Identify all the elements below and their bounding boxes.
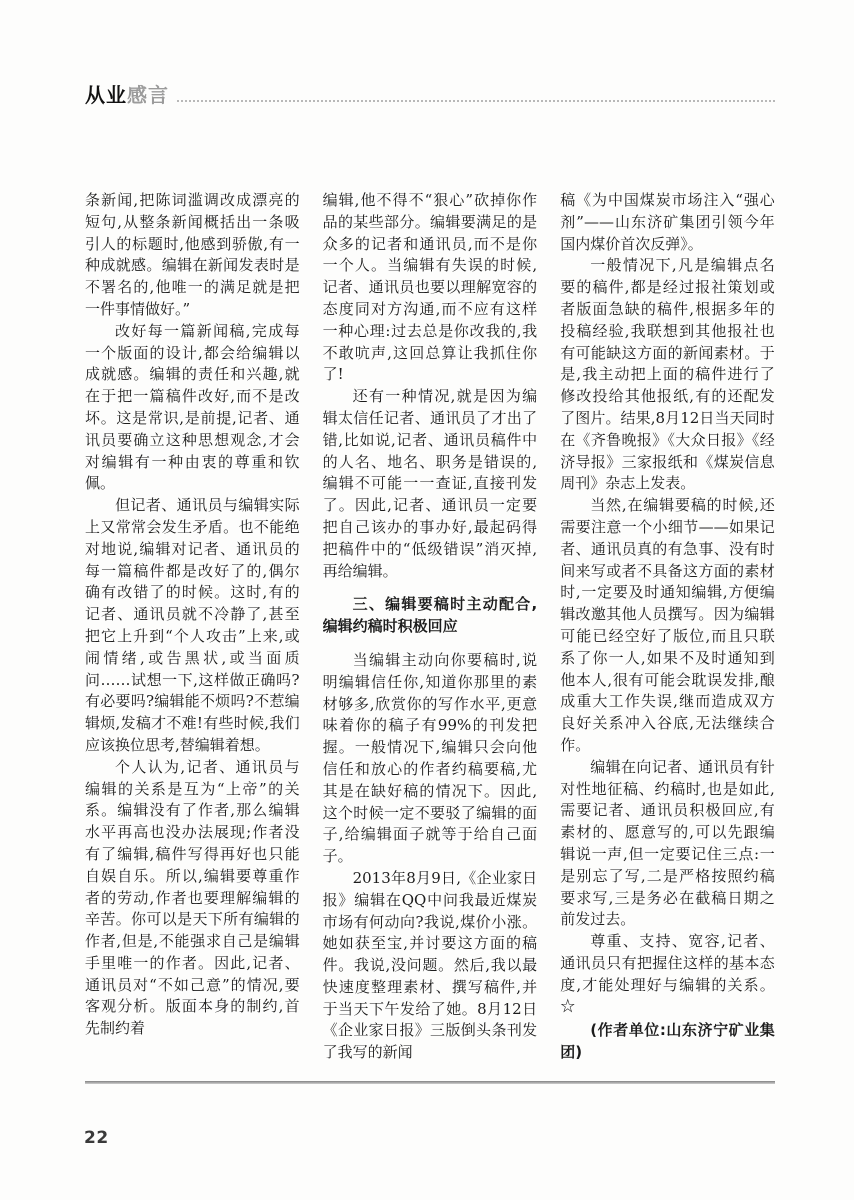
magazine-page: 从业 感言 条新闻,把陈词滥调改成漂亮的短句,从整条新闻概括出一条吸引人的标题时…: [0, 0, 854, 1200]
page-header: 从业 感言: [85, 84, 775, 106]
paragraph: 稿《为中国煤炭市场注入“强心剂”——山东济矿集团引领今年国内煤价首次反弹》。: [560, 190, 775, 255]
section-heading: 三、编辑要稿时主动配合,编辑约稿时积极回应: [323, 594, 538, 638]
dotted-rule: [177, 100, 775, 102]
paragraph: 还有一种情况,就是因为编辑太信任记者、通讯员了才出了错,比如说,记者、通讯员稿件…: [323, 386, 538, 582]
paragraph: 一般情况下,凡是编辑点名要的稿件,都是经过报社策划或者版面急缺的稿件,根据多年的…: [560, 255, 775, 495]
paragraph: 条新闻,把陈词滥调改成漂亮的短句,从整条新闻概括出一条吸引人的标题时,他感到骄傲…: [85, 190, 300, 321]
article-columns: 条新闻,把陈词滥调改成漂亮的短句,从整条新闻概括出一条吸引人的标题时,他感到骄傲…: [85, 190, 775, 1068]
section-title-light: 感言: [127, 84, 169, 106]
column-2: 编辑,他不得不“狠心”砍掉你作品的某些部分。编辑要满足的是众多的记者和通讯员,而…: [323, 190, 538, 1068]
column-3: 稿《为中国煤炭市场注入“强心剂”——山东济矿集团引领今年国内煤价首次反弹》。 一…: [560, 190, 775, 1068]
paragraph: 个人认为,记者、通讯员与编辑的关系是互为“上帝”的关系。编辑没有了作者,那么编辑…: [85, 757, 300, 1040]
paragraph: 但记者、通讯员与编辑实际上又常常会发生矛盾。也不能绝对地说,编辑对记者、通讯员的…: [85, 495, 300, 757]
column-1: 条新闻,把陈词滥调改成漂亮的短句,从整条新闻概括出一条吸引人的标题时,他感到骄傲…: [85, 190, 300, 1068]
paragraph: 当然,在编辑要稿的时候,还需要注意一个小细节——如果记者、通讯员真的有急事、没有…: [560, 495, 775, 757]
paragraph: 编辑在向记者、通讯员有针对性地征稿、约稿时,也是如此,需要记者、通讯员积极回应,…: [560, 757, 775, 931]
paragraph: 2013年8月9日,《企业家日报》编辑在QQ中问我最近煤炭市场有何动向?我说,煤…: [323, 868, 538, 1064]
bottom-rule: [85, 1081, 775, 1084]
paragraph: 编辑,他不得不“狠心”砍掉你作品的某些部分。编辑要满足的是众多的记者和通讯员,而…: [323, 190, 538, 386]
paragraph: 改好每一篇新闻稿,完成每一个版面的设计,都会给编辑以成就感。编辑的责任和兴趣,就…: [85, 321, 300, 495]
paragraph: 当编辑主动向你要稿时,说明编辑信任你,知道你那里的素材够多,欣赏你的写作水平,更…: [323, 650, 538, 868]
paragraph: 尊重、支持、宽容,记者、通讯员只有把握住这样的基本态度,才能处理好与编辑的关系。…: [560, 931, 775, 1018]
author-note: (作者单位:山东济宁矿业集团): [560, 1020, 775, 1064]
section-title-bold: 从业: [85, 84, 127, 106]
page-number: 22: [84, 1128, 109, 1148]
